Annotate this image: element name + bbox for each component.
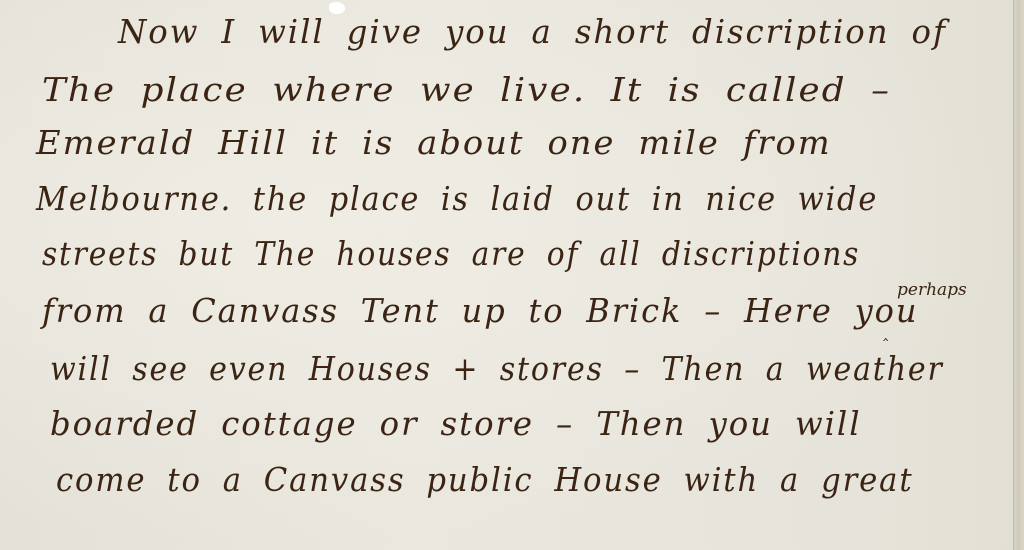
letter-line-4: Melbourne. the place is laid out in nice… [36,179,878,218]
letter-line-1: Now I will give you a short discription … [118,12,947,51]
letter-line-9: come to a Canvass public House with a gr… [56,460,914,499]
letter-line-8: boarded cottage or store – Then you will [50,404,862,443]
letter-line-2: The place where we live. It is called – [42,70,891,109]
letter-line-7: will see even Houses + stores – Then a w… [50,349,944,388]
letter-line-5: streets but The houses are of all discri… [42,234,860,273]
letter-line-3: Emerald Hill it is about one mile from [36,123,832,162]
page-edge [1013,0,1024,550]
letter-line-6: from a Canvass Tent up to Brick – Here y… [42,291,918,330]
